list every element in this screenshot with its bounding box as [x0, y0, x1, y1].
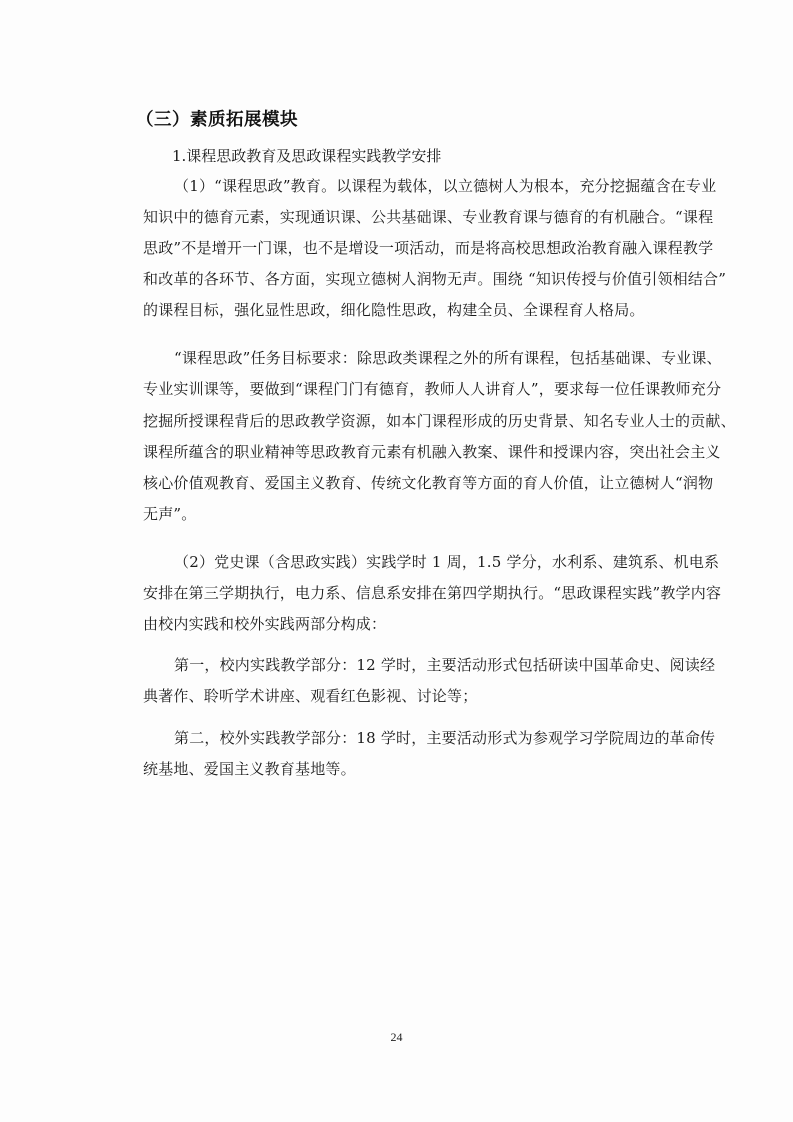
paragraph-line: 第一，校内实践教学部分：12 学时，主要活动形式包括研读中国革命史、阅读经: [174, 655, 667, 675]
paragraph-line: 统基地、爱国主义教育基地等。: [143, 759, 667, 779]
paragraph-line: 专业实训课等，要做到“课程门门有德育，教师人人讲育人”，要求每一位任课教师充分: [143, 379, 667, 399]
document-page: （三）素质拓展模块 1.课程思政教育及思政课程实践教学安排 （1）“课程思政”教…: [0, 0, 793, 1122]
paragraph-line: 的课程目标，强化显性思政，细化隐性思政，构建全员、全课程育人格局。: [143, 300, 667, 320]
paragraph-line: “课程思政”任务目标要求：除思政类课程之外的所有课程，包括基础课、专业课、: [174, 348, 667, 368]
paragraph-line: 和改革的各环节、各方面，实现立德树人润物无声。围绕 “知识传授与价值引领相结合”: [143, 269, 667, 289]
paragraph-line: 知识中的德育元素，实现通识课、公共基础课、专业教育课与德育的有机融合。“课程: [143, 207, 667, 227]
paragraph-line: （2）党史课（含思政实践）实践学时 1 周，1.5 学分，水利系、建筑系、机电系: [174, 552, 667, 572]
paragraph-line: 第二，校外实践教学部分：18 学时，主要活动形式为参观学习学院周边的革命传: [174, 728, 667, 748]
paragraph-line: 核心价值观教育、爱国主义教育、传统文化教育等方面的育人价值，让立德树人“润物: [143, 473, 667, 493]
paragraph-line: 无声”。: [143, 504, 667, 524]
paragraph-line: 思政”不是增开一门课，也不是增设一项活动，而是将高校思想政治教育融入课程教学: [143, 238, 667, 258]
paragraph-line: 安排在第三学期执行，电力系、信息系安排在第四学期执行。“思政课程实践”教学内容: [143, 583, 667, 603]
subsection-heading: 1.课程思政教育及思政课程实践教学安排: [172, 146, 441, 166]
paragraph-line: 由校内实践和校外实践两部分构成：: [143, 614, 667, 634]
paragraph-line: 课程所蕴含的职业精神等思政教育元素有机融入教案、课件和授课内容，突出社会主义: [143, 442, 667, 462]
page-number: 24: [0, 1030, 793, 1045]
paragraph-line: 挖掘所授课程背后的思政教学资源，如本门课程形成的历史背景、知名专业人士的贡献、: [143, 411, 667, 431]
paragraph-line: 典著作、聆听学术讲座、观看红色影视、讨论等；: [143, 686, 667, 706]
section-heading: （三）素质拓展模块: [136, 106, 298, 131]
paragraph-line: （1）“课程思政”教育。以课程为载体，以立德树人为根本，充分挖掘蕴含在专业: [174, 176, 667, 196]
